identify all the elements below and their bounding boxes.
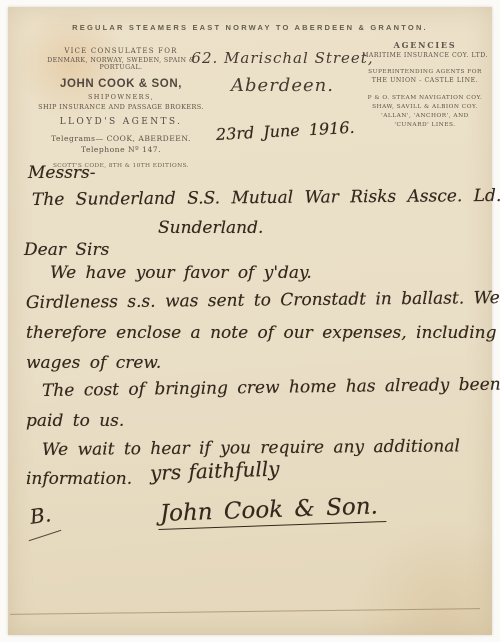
closing-phrase: yrs faithfully (150, 456, 280, 485)
initials-flourish-stroke (29, 530, 62, 541)
po-steam-line: P & O. STEAM NAVIGATION COY. (360, 94, 490, 103)
body-line-1: We have your favor of y'day. (50, 263, 312, 283)
salutation: Dear Sirs (24, 240, 109, 260)
addressee-prefix: Messrs- (28, 163, 96, 183)
letter-paper: REGULAR STEAMERS EAST NORWAY TO ABERDEEN… (8, 7, 492, 635)
letter-date: 23rd June 1916. (216, 118, 356, 144)
maritime-insurance-line: MARITIME INSURANCE COY. LTD. (360, 52, 490, 59)
telegrams-line: Telegrams— COOK, ABERDEEN. (26, 134, 216, 143)
city-name: Aberdeen. (180, 75, 385, 96)
body-line-3: therefore enclose a note of our expenses… (26, 323, 497, 343)
superintending-agents-line: SUPERINTENDING AGENTS FOR (360, 69, 490, 75)
scanned-letter-photo: REGULAR STEAMERS EAST NORWAY TO ABERDEEN… (0, 0, 500, 642)
letterhead-right-column: AGENCIES MARITIME INSURANCE COY. LTD. SU… (360, 40, 490, 130)
letterhead-center-column: 62. Marischal Street, Aberdeen. (180, 49, 385, 96)
allan-anchor-line: 'ALLAN', 'ANCHOR', AND (360, 112, 490, 121)
agencies-heading: AGENCIES (360, 40, 490, 50)
addressee-name: The Sunderland S.S. Mutual War Risks Ass… (32, 186, 500, 210)
union-castle-line: THE UNION - CASTLE LINE. (360, 77, 490, 84)
cunard-line: 'CUNARD' LINES. (360, 121, 490, 130)
street-address: 62. Marischal Street, (180, 49, 385, 67)
banner-text: REGULAR STEAMERS EAST NORWAY TO ABERDEEN… (8, 23, 492, 32)
telephone-line: Telephone Nº 147. (26, 145, 216, 154)
lloyds-agents-line: LLOYD'S AGENTS. (26, 117, 216, 127)
brokers-line: SHIP INSURANCE AND PASSAGE BROKERS. (26, 103, 216, 111)
body-line-4: wages of crew. (26, 353, 161, 373)
body-line-5: The cost of bringing crew home has alrea… (42, 375, 500, 401)
clerk-initials: B. (28, 502, 52, 529)
fold-crease (10, 608, 480, 615)
addressee-city: Sunderland. (158, 218, 263, 238)
body-line-2: Girdleness s.s. was sent to Cronstadt in… (26, 288, 500, 313)
body-line-6: paid to us. (26, 411, 124, 431)
body-line-8: information. (26, 469, 132, 489)
signature: John Cook & Son. (157, 493, 386, 530)
shaw-savill-line: SHAW, SAVILL & ALBION COY. (360, 103, 490, 112)
